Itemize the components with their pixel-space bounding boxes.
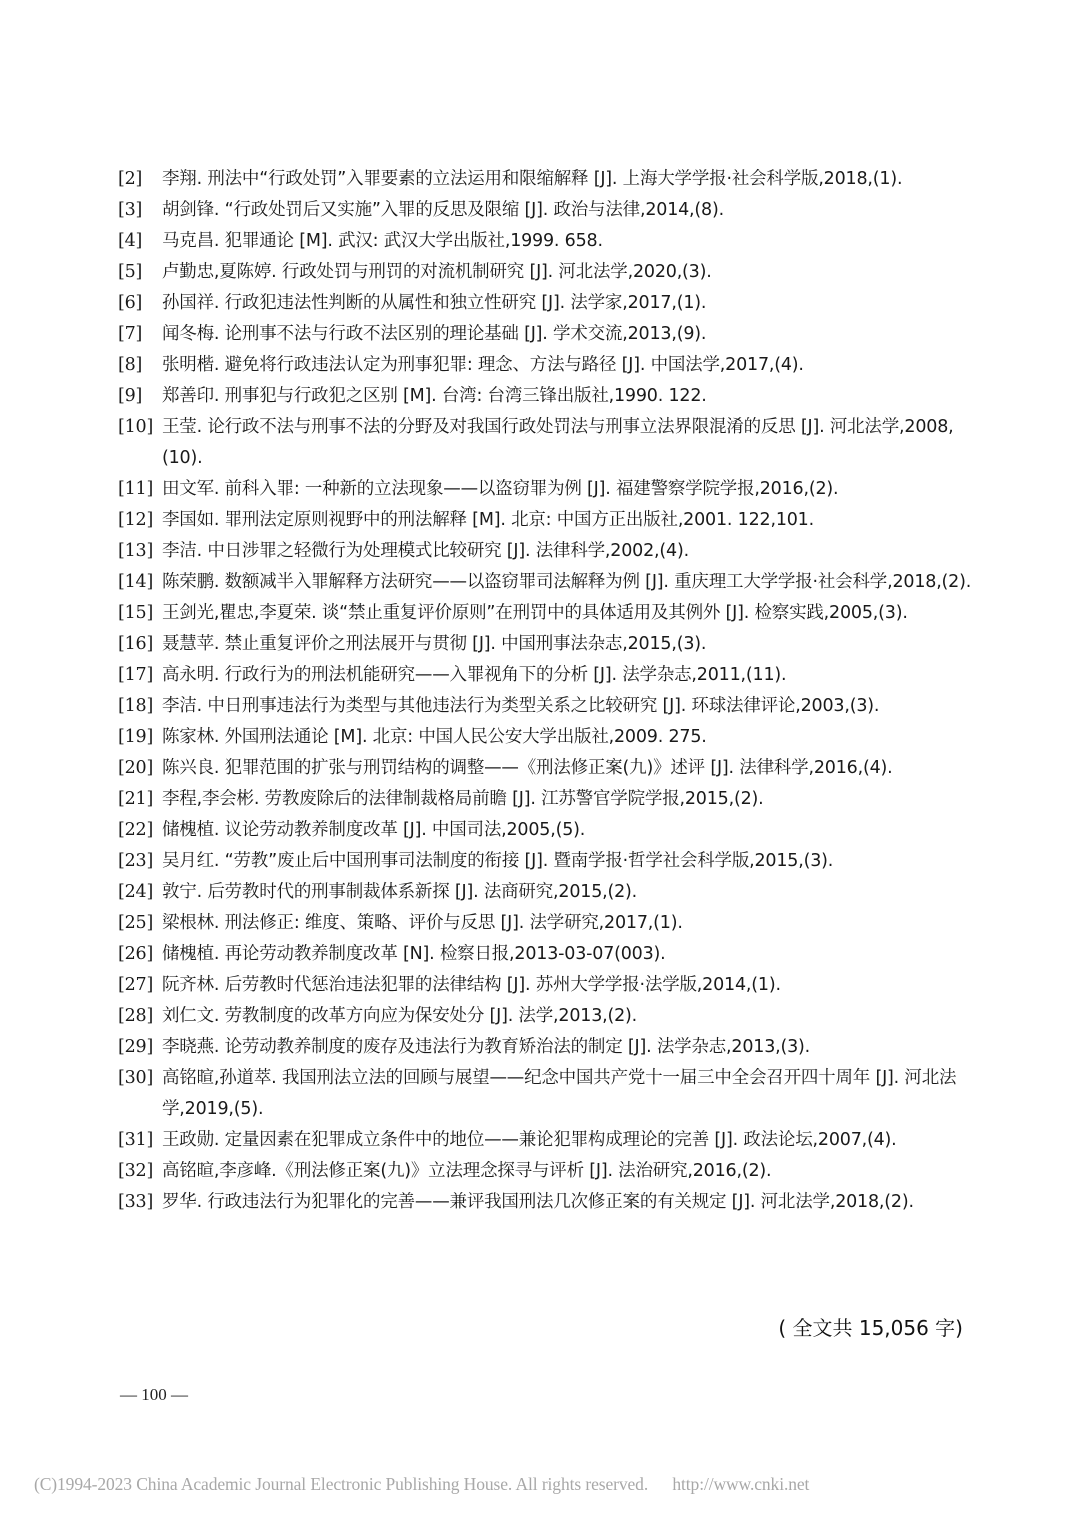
reference-text: 郑善印. 刑事犯与行政犯之区别 [M]. 台湾: 台湾三锋出版社,1990. 1…: [162, 381, 978, 412]
reference-item: [19]陈家林. 外国刑法通论 [M]. 北京: 中国人民公安大学出版社,200…: [118, 722, 978, 753]
reference-number: [15]: [118, 598, 162, 629]
reference-number: [17]: [118, 660, 162, 691]
reference-number: [8]: [118, 350, 162, 381]
reference-item: [3]胡剑锋. “行政处罚后又实施”入罪的反思及限缩 [J]. 政治与法律,20…: [118, 195, 978, 226]
reference-text: 陈荣鹏. 数额减半入罪解释方法研究——以盗窃罪司法解释为例 [J]. 重庆理工大…: [162, 567, 978, 598]
reference-text: 刘仁文. 劳教制度的改革方向应为保安处分 [J]. 法学,2013,(2).: [162, 1001, 978, 1032]
reference-number: [3]: [118, 195, 162, 226]
reference-text: 高永明. 行政行为的刑法机能研究——入罪视角下的分析 [J]. 法学杂志,201…: [162, 660, 978, 691]
word-count: ( 全文共 15,056 字): [778, 1312, 963, 1341]
reference-number: [27]: [118, 970, 162, 1001]
reference-text: 罗华. 行政违法行为犯罪化的完善——兼评我国刑法几次修正案的有关规定 [J]. …: [162, 1187, 978, 1218]
reference-item: [27]阮齐林. 后劳教时代惩治违法犯罪的法律结构 [J]. 苏州大学学报·法学…: [118, 970, 978, 1001]
reference-number: [19]: [118, 722, 162, 753]
reference-text: 储槐植. 再论劳动教养制度改革 [N]. 检察日报,2013-03-07(003…: [162, 939, 978, 970]
reference-item: [9]郑善印. 刑事犯与行政犯之区别 [M]. 台湾: 台湾三锋出版社,1990…: [118, 381, 978, 412]
reference-number: [6]: [118, 288, 162, 319]
reference-text: 王剑光,瞿忠,李夏荣. 谈“禁止重复评价原则”在刑罚中的具体适用及其例外 [J]…: [162, 598, 978, 629]
reference-text: 吴月红. “劳教”废止后中国刑事司法制度的衔接 [J]. 暨南学报·哲学社会科学…: [162, 846, 978, 877]
reference-number: [30]: [118, 1063, 162, 1094]
copyright-text: (C)1994-2023 China Academic Journal Elec…: [34, 1474, 648, 1494]
reference-number: [2]: [118, 164, 162, 195]
reference-text: 敦宁. 后劳教时代的刑事制裁体系新探 [J]. 法商研究,2015,(2).: [162, 877, 978, 908]
reference-number: [22]: [118, 815, 162, 846]
reference-number: [21]: [118, 784, 162, 815]
reference-item: [25]梁根林. 刑法修正: 维度、策略、评价与反思 [J]. 法学研究,201…: [118, 908, 978, 939]
reference-number: [7]: [118, 319, 162, 350]
reference-number: [26]: [118, 939, 162, 970]
reference-text: 孙国祥. 行政犯违法性判断的从属性和独立性研究 [J]. 法学家,2017,(1…: [162, 288, 978, 319]
reference-number: [12]: [118, 505, 162, 536]
footer-url[interactable]: http://www.cnki.net: [672, 1474, 809, 1494]
reference-text: 李晓燕. 论劳动教养制度的废存及违法行为教育矫治法的制定 [J]. 法学杂志,2…: [162, 1032, 978, 1063]
reference-text: 聂慧苹. 禁止重复评价之刑法展开与贯彻 [J]. 中国刑事法杂志,2015,(3…: [162, 629, 978, 660]
reference-text: 李洁. 中日涉罪之轻微行为处理模式比较研究 [J]. 法律科学,2002,(4)…: [162, 536, 978, 567]
reference-item: [17]高永明. 行政行为的刑法机能研究——入罪视角下的分析 [J]. 法学杂志…: [118, 660, 978, 691]
reference-text: 王莹. 论行政不法与刑事不法的分野及对我国行政处罚法与刑事立法界限混淆的反思 […: [162, 412, 978, 474]
reference-number: [18]: [118, 691, 162, 722]
reference-item: [2]李翔. 刑法中“行政处罚”入罪要素的立法运用和限缩解释 [J]. 上海大学…: [118, 164, 978, 195]
reference-text: 梁根林. 刑法修正: 维度、策略、评价与反思 [J]. 法学研究,2017,(1…: [162, 908, 978, 939]
reference-item: [32]高铭暄,李彦峰.《刑法修正案(九)》立法理念探寻与评析 [J]. 法治研…: [118, 1156, 978, 1187]
reference-item: [16]聂慧苹. 禁止重复评价之刑法展开与贯彻 [J]. 中国刑事法杂志,201…: [118, 629, 978, 660]
reference-list: [2]李翔. 刑法中“行政处罚”入罪要素的立法运用和限缩解释 [J]. 上海大学…: [118, 164, 978, 1218]
reference-number: [20]: [118, 753, 162, 784]
reference-text: 闻冬梅. 论刑事不法与行政不法区别的理论基础 [J]. 学术交流,2013,(9…: [162, 319, 978, 350]
reference-item: [7]闻冬梅. 论刑事不法与行政不法区别的理论基础 [J]. 学术交流,2013…: [118, 319, 978, 350]
reference-number: [33]: [118, 1187, 162, 1218]
reference-item: [33]罗华. 行政违法行为犯罪化的完善——兼评我国刑法几次修正案的有关规定 […: [118, 1187, 978, 1218]
reference-item: [20]陈兴良. 犯罪范围的扩张与刑罚结构的调整——《刑法修正案(九)》述评 […: [118, 753, 978, 784]
reference-text: 阮齐林. 后劳教时代惩治违法犯罪的法律结构 [J]. 苏州大学学报·法学版,20…: [162, 970, 978, 1001]
reference-item: [31]王政勋. 定量因素在犯罪成立条件中的地位——兼论犯罪构成理论的完善 [J…: [118, 1125, 978, 1156]
reference-item: [18]李洁. 中日刑事违法行为类型与其他违法行为类型关系之比较研究 [J]. …: [118, 691, 978, 722]
reference-item: [4]马克昌. 犯罪通论 [M]. 武汉: 武汉大学出版社,1999. 658.: [118, 226, 978, 257]
reference-item: [23]吴月红. “劳教”废止后中国刑事司法制度的衔接 [J]. 暨南学报·哲学…: [118, 846, 978, 877]
reference-number: [25]: [118, 908, 162, 939]
reference-number: [11]: [118, 474, 162, 505]
reference-text: 卢勤忠,夏陈婷. 行政处罚与刑罚的对流机制研究 [J]. 河北法学,2020,(…: [162, 257, 978, 288]
reference-number: [10]: [118, 412, 162, 443]
reference-number: [28]: [118, 1001, 162, 1032]
reference-number: [4]: [118, 226, 162, 257]
page-number: — 100 —: [120, 1385, 188, 1405]
reference-text: 田文军. 前科入罪: 一种新的立法现象——以盗窃罪为例 [J]. 福建警察学院学…: [162, 474, 978, 505]
reference-item: [28]刘仁文. 劳教制度的改革方向应为保安处分 [J]. 法学,2013,(2…: [118, 1001, 978, 1032]
reference-text: 李洁. 中日刑事违法行为类型与其他违法行为类型关系之比较研究 [J]. 环球法律…: [162, 691, 978, 722]
reference-text: 胡剑锋. “行政处罚后又实施”入罪的反思及限缩 [J]. 政治与法律,2014,…: [162, 195, 978, 226]
reference-item: [21]李程,李会彬. 劳教废除后的法律制裁格局前瞻 [J]. 江苏警官学院学报…: [118, 784, 978, 815]
reference-number: [14]: [118, 567, 162, 598]
reference-item: [6]孙国祥. 行政犯违法性判断的从属性和独立性研究 [J]. 法学家,2017…: [118, 288, 978, 319]
reference-item: [22]储槐植. 议论劳动教养制度改革 [J]. 中国司法,2005,(5).: [118, 815, 978, 846]
reference-item: [24]敦宁. 后劳教时代的刑事制裁体系新探 [J]. 法商研究,2015,(2…: [118, 877, 978, 908]
reference-item: [15]王剑光,瞿忠,李夏荣. 谈“禁止重复评价原则”在刑罚中的具体适用及其例外…: [118, 598, 978, 629]
reference-item: [5]卢勤忠,夏陈婷. 行政处罚与刑罚的对流机制研究 [J]. 河北法学,202…: [118, 257, 978, 288]
reference-text: 高铭暄,李彦峰.《刑法修正案(九)》立法理念探寻与评析 [J]. 法治研究,20…: [162, 1156, 978, 1187]
reference-text: 储槐植. 议论劳动教养制度改革 [J]. 中国司法,2005,(5).: [162, 815, 978, 846]
reference-number: [13]: [118, 536, 162, 567]
reference-number: [16]: [118, 629, 162, 660]
reference-item: [30]高铭暄,孙道萃. 我国刑法立法的回顾与展望——纪念中国共产党十一届三中全…: [118, 1063, 978, 1125]
reference-item: [11]田文军. 前科入罪: 一种新的立法现象——以盗窃罪为例 [J]. 福建警…: [118, 474, 978, 505]
reference-item: [26]储槐植. 再论劳动教养制度改革 [N]. 检察日报,2013-03-07…: [118, 939, 978, 970]
reference-text: 高铭暄,孙道萃. 我国刑法立法的回顾与展望——纪念中国共产党十一届三中全会召开四…: [162, 1063, 978, 1125]
reference-text: 王政勋. 定量因素在犯罪成立条件中的地位——兼论犯罪构成理论的完善 [J]. 政…: [162, 1125, 978, 1156]
reference-text: 李国如. 罪刑法定原则视野中的刑法解释 [M]. 北京: 中国方正出版社,200…: [162, 505, 978, 536]
reference-item: [8]张明楷. 避免将行政违法认定为刑事犯罪: 理念、方法与路径 [J]. 中国…: [118, 350, 978, 381]
reference-text: 陈家林. 外国刑法通论 [M]. 北京: 中国人民公安大学出版社,2009. 2…: [162, 722, 978, 753]
reference-item: [14]陈荣鹏. 数额减半入罪解释方法研究——以盗窃罪司法解释为例 [J]. 重…: [118, 567, 978, 598]
reference-number: [23]: [118, 846, 162, 877]
reference-item: [10]王莹. 论行政不法与刑事不法的分野及对我国行政处罚法与刑事立法界限混淆的…: [118, 412, 978, 474]
reference-number: [31]: [118, 1125, 162, 1156]
reference-text: 李程,李会彬. 劳教废除后的法律制裁格局前瞻 [J]. 江苏警官学院学报,201…: [162, 784, 978, 815]
reference-text: 陈兴良. 犯罪范围的扩张与刑罚结构的调整——《刑法修正案(九)》述评 [J]. …: [162, 753, 978, 784]
reference-text: 马克昌. 犯罪通论 [M]. 武汉: 武汉大学出版社,1999. 658.: [162, 226, 978, 257]
reference-number: [5]: [118, 257, 162, 288]
reference-item: [13]李洁. 中日涉罪之轻微行为处理模式比较研究 [J]. 法律科学,2002…: [118, 536, 978, 567]
reference-number: [9]: [118, 381, 162, 412]
reference-text: 张明楷. 避免将行政违法认定为刑事犯罪: 理念、方法与路径 [J]. 中国法学,…: [162, 350, 978, 381]
reference-number: [29]: [118, 1032, 162, 1063]
reference-number: [32]: [118, 1156, 162, 1187]
reference-number: [24]: [118, 877, 162, 908]
reference-text: 李翔. 刑法中“行政处罚”入罪要素的立法运用和限缩解释 [J]. 上海大学学报·…: [162, 164, 978, 195]
reference-item: [12]李国如. 罪刑法定原则视野中的刑法解释 [M]. 北京: 中国方正出版社…: [118, 505, 978, 536]
reference-item: [29]李晓燕. 论劳动教养制度的废存及违法行为教育矫治法的制定 [J]. 法学…: [118, 1032, 978, 1063]
copyright-footer: (C)1994-2023 China Academic Journal Elec…: [34, 1474, 809, 1495]
